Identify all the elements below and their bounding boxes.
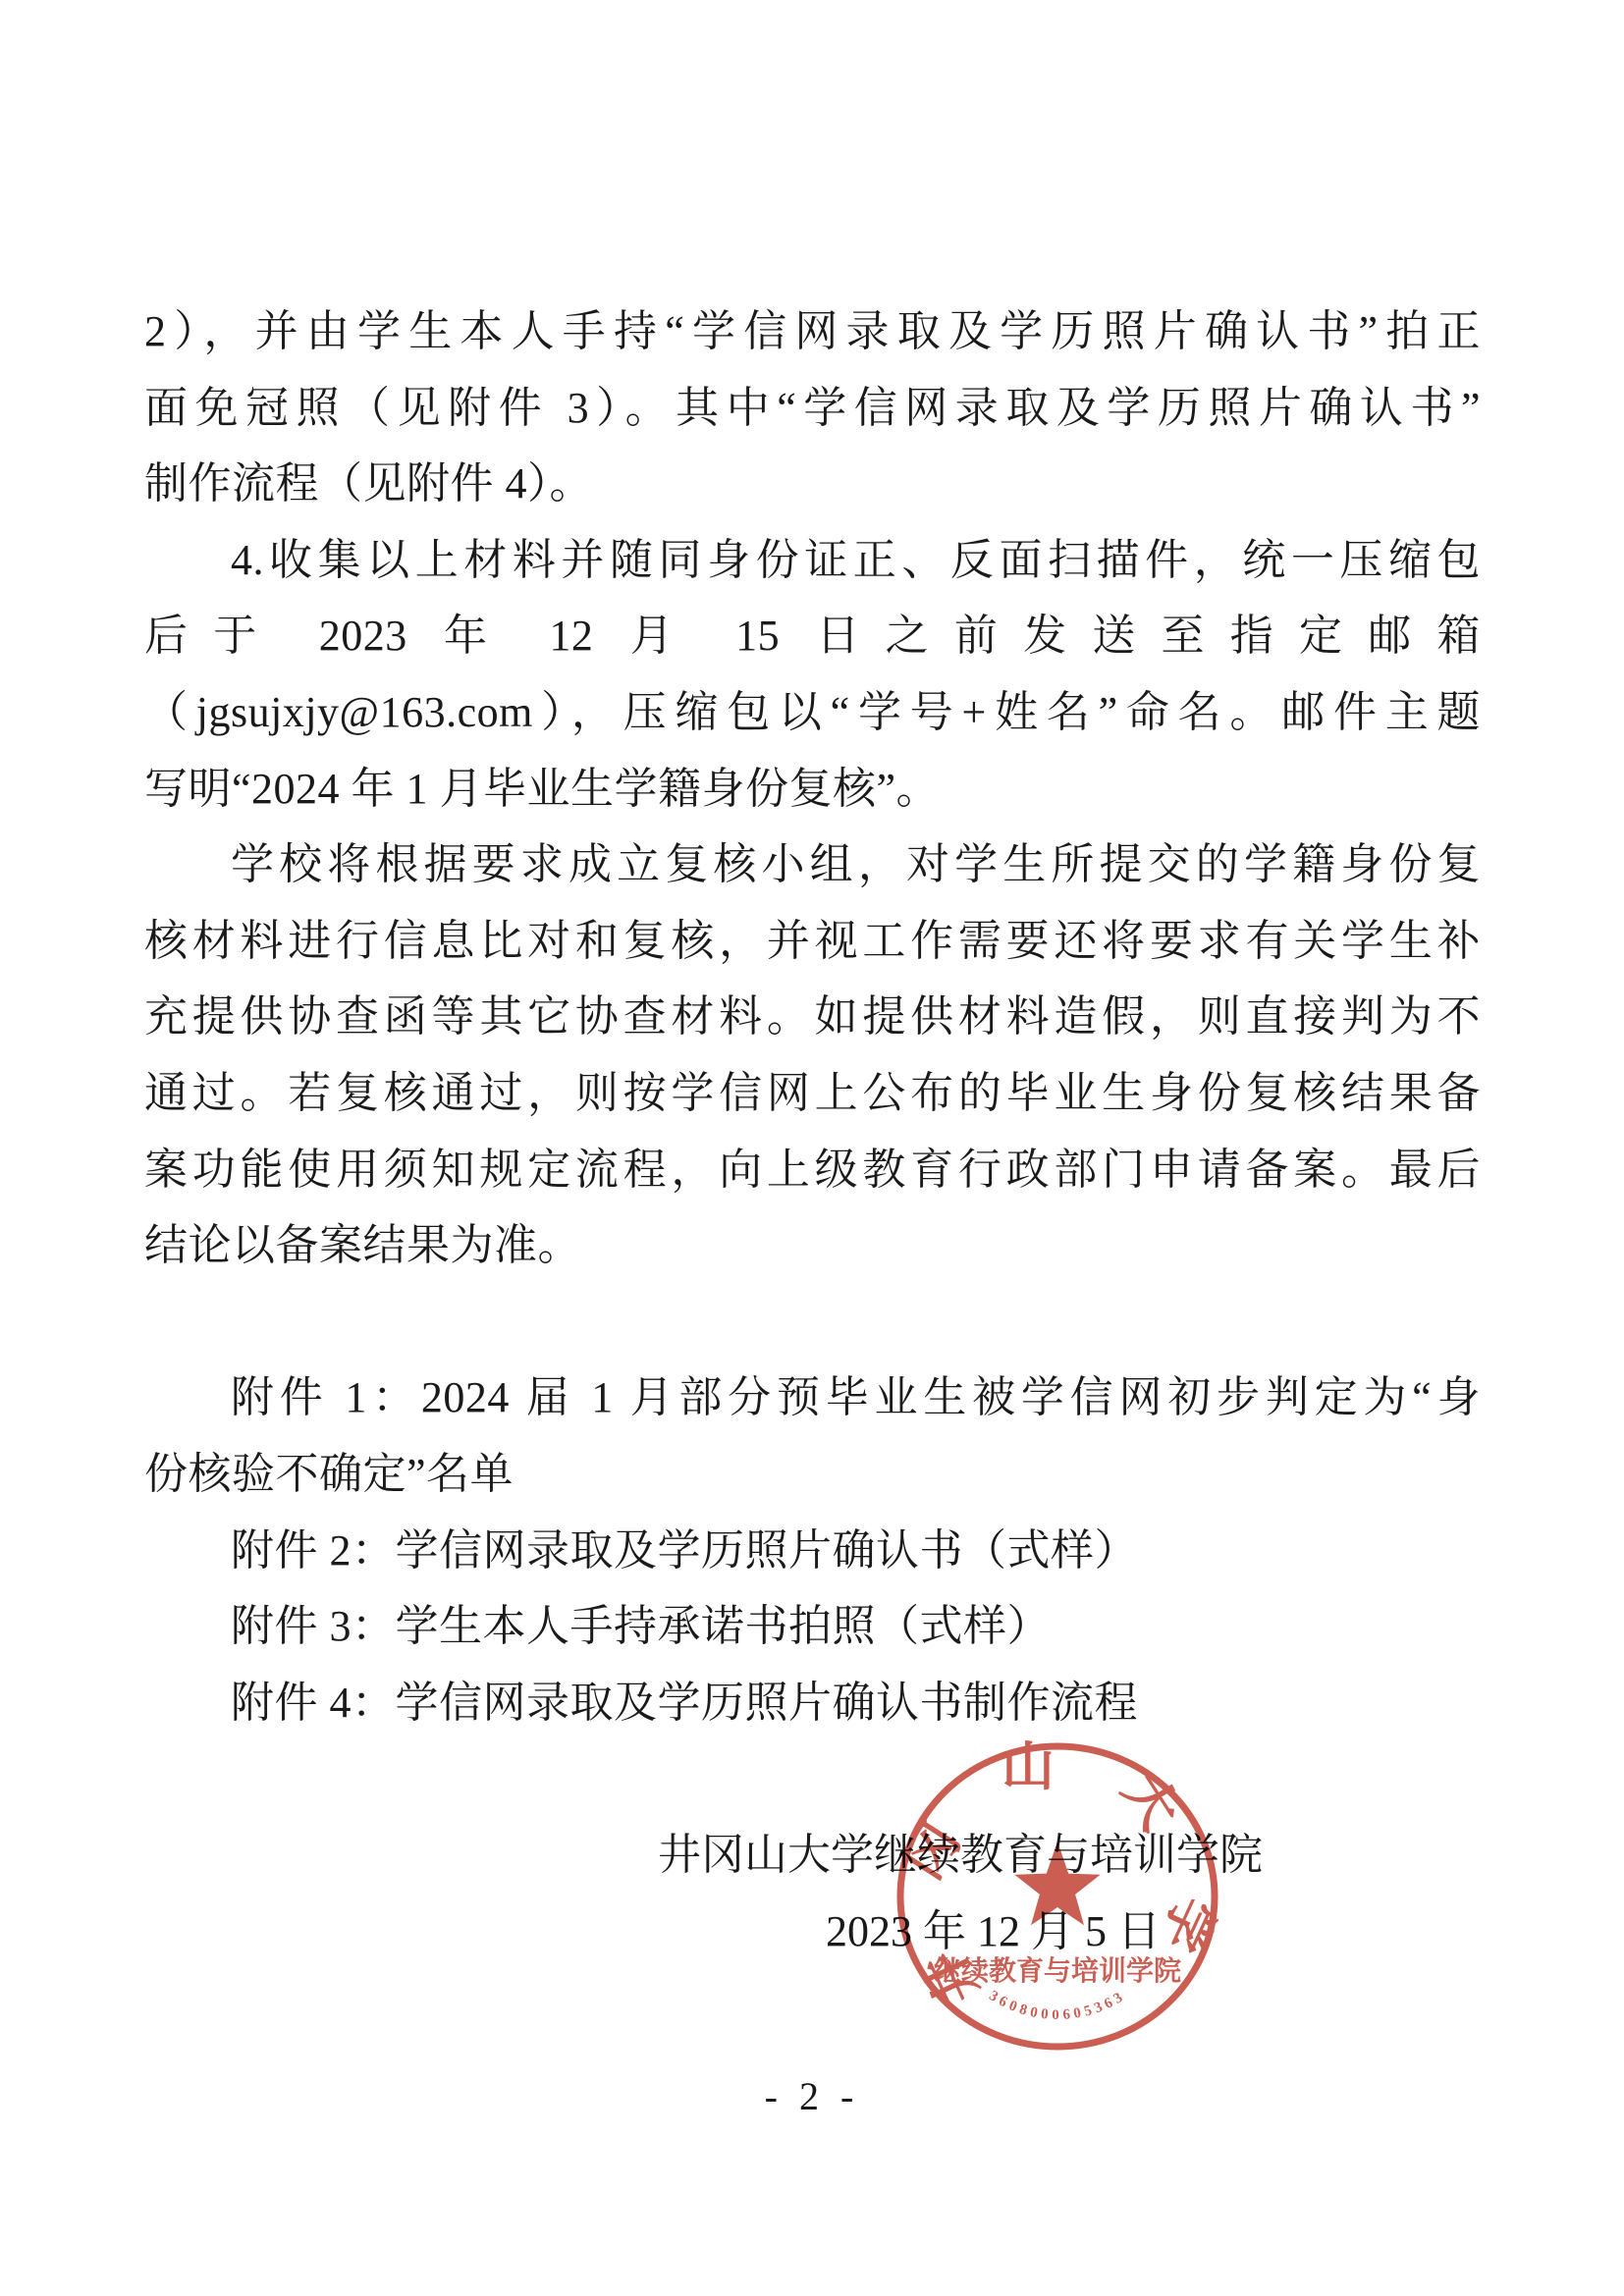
doc-line: 2），并由学生本人手持“学信网录取及学历照片确认书”拍正 [144,294,1481,370]
attachment-line-1-cont: 份核验不确定”名单 [144,1436,1481,1513]
official-seal: 井冈山大学 继续教育与培训学院 3608000605363 [889,1739,1227,2063]
attachment-line-3: 附件 3：学生本人手持承诺书拍照（式样） [144,1588,1481,1665]
attachment-line-2: 附件 2：学信网录取及学历照片确认书（式样） [144,1513,1481,1589]
page-number: - 2 - [0,2073,1624,2119]
doc-line: 面免冠照（见附件 3）。其中“学信网录取及学历照片确认书” [144,370,1481,447]
doc-line: 后于 2023 年 12 月 15 日之前发送至指定邮箱 [144,598,1481,674]
document-page: 2），并由学生本人手持“学信网录取及学历照片确认书”拍正 面免冠照（见附件 3）… [0,0,1624,2296]
doc-line: 充提供协查函等其它协查材料。如提供材料造假，则直接判为不 [144,979,1481,1055]
doc-line: 4.收集以上材料并随同身份证正、反面扫描件，统一压缩包 [144,522,1481,599]
doc-line: 案功能使用须知规定流程，向上级教育行政部门申请备案。最后 [144,1132,1481,1208]
doc-line: 制作流程（见附件 4）。 [144,446,1481,522]
doc-line: 核材料进行信息比对和复核，并视工作需要还将要求有关学生补 [144,903,1481,980]
seal-serial-number: 3608000605363 [986,1988,1128,2023]
issue-date: 2023 年 12 月 5 日 [144,1894,1481,1970]
doc-line: 通过。若复核通过，则按学信网上公布的毕业生身份复核结果备 [144,1055,1481,1132]
doc-line: （jgsujxjy@163.com），压缩包以“学号+姓名”命名。邮件主题 [144,674,1481,751]
body-text: 2），并由学生本人手持“学信网录取及学历照片确认书”拍正 面免冠照（见附件 3）… [144,294,1481,1740]
doc-line: 学校将根据要求成立复核小组，对学生所提交的学籍身份复 [144,827,1481,903]
doc-line: 写明“2024 年 1 月毕业生学籍身份复核”。 [144,751,1481,828]
seal-star-icon [1014,1842,1100,1925]
blank-line-spacer [144,1284,1481,1361]
attachment-line-1: 附件 1：2024 届 1 月部分预毕业生被学信网初步判定为“身 [144,1360,1481,1436]
doc-line: 结论以备案结果为准。 [144,1207,1481,1284]
seal-banner-text: 继续教育与培训学院 [934,1954,1181,1987]
attachment-line-4: 附件 4：学信网录取及学历照片确认书制作流程 [144,1665,1481,1741]
issuer-signature: 井冈山大学继续教育与培训学院 [144,1817,1481,1894]
